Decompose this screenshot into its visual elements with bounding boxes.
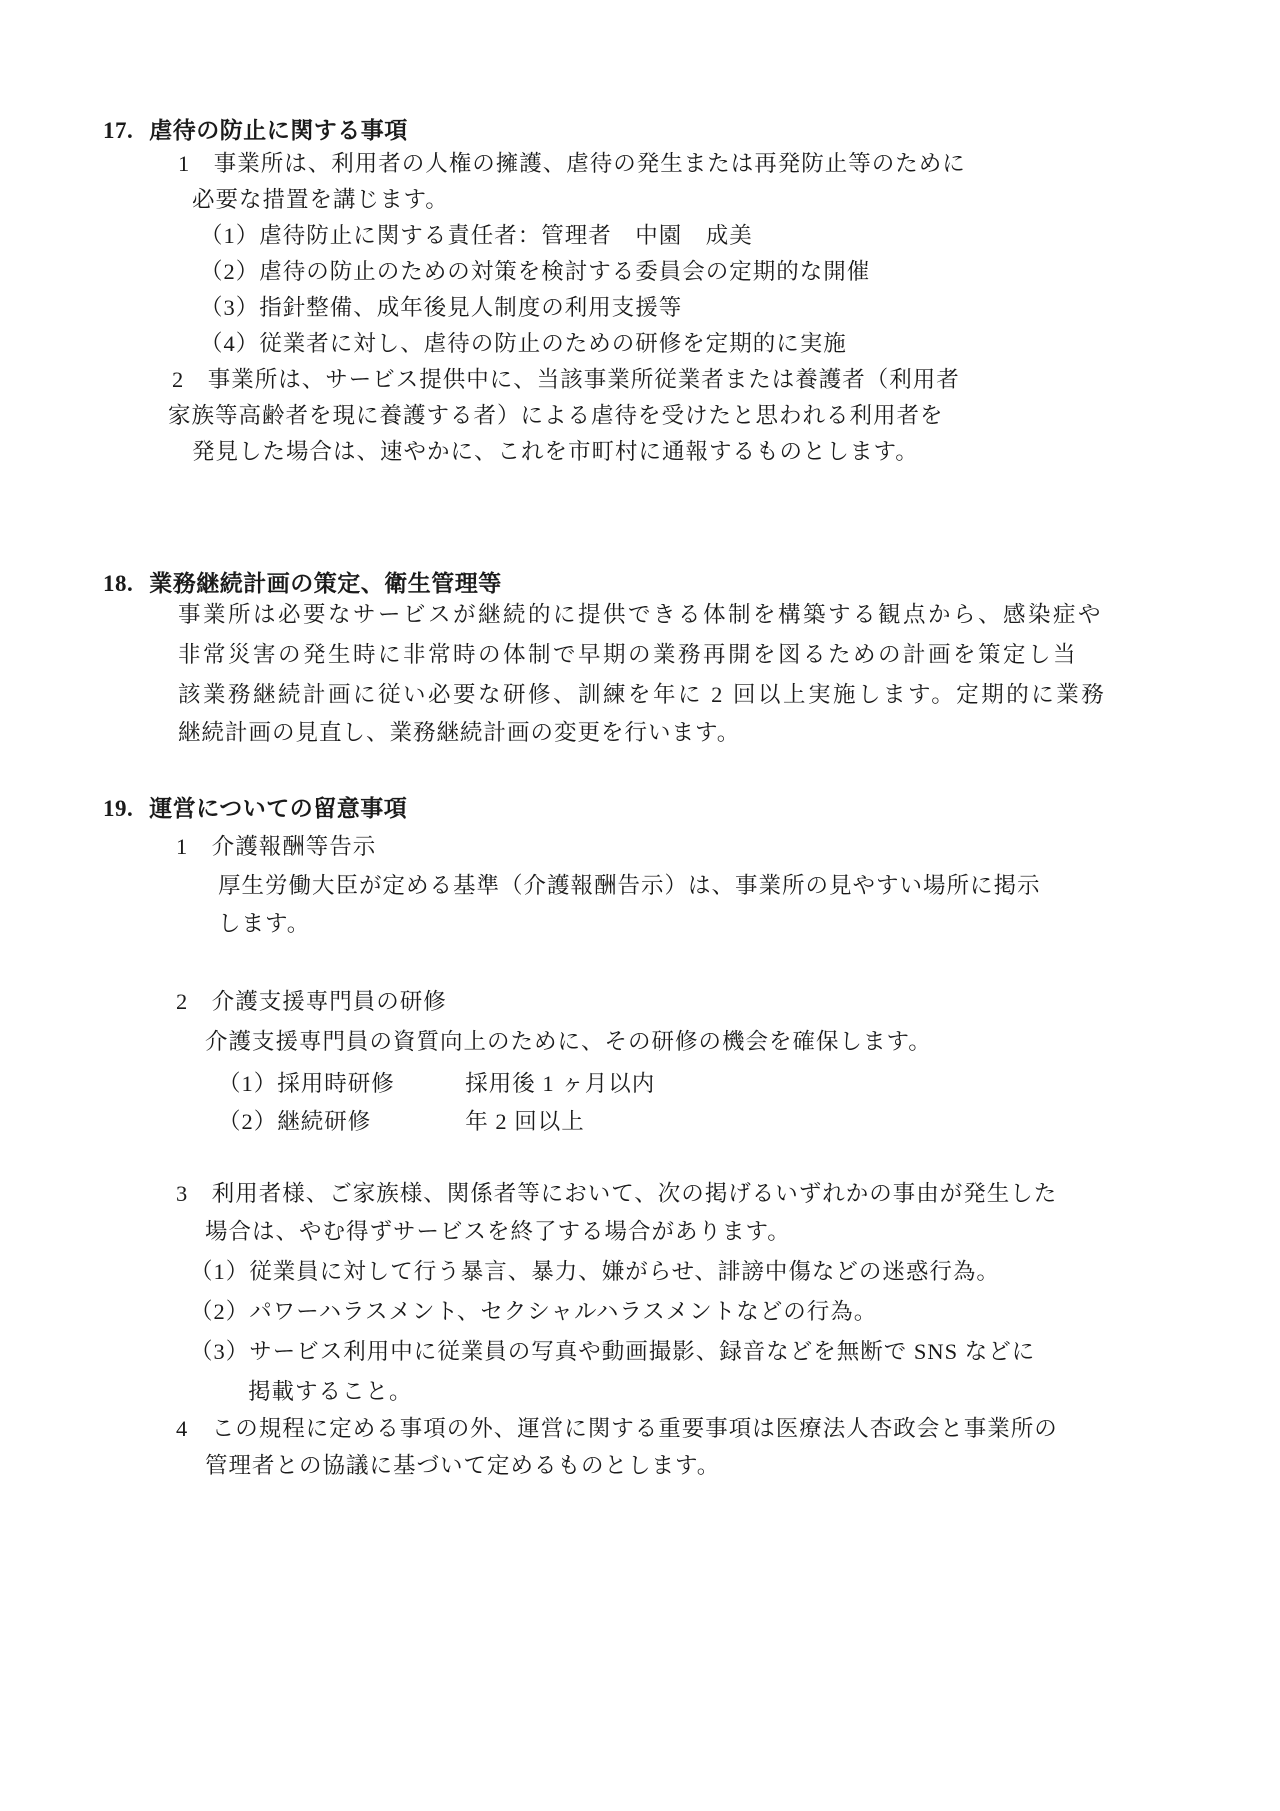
s19-line-15: 管理者との協議に基づいて定めるものとします。 [205,1452,720,1480]
section-19-heading: 19.運営についての留意事項 [103,790,407,823]
s19-line-2: 厚生労働大臣が定める基準（介護報酬告示）は、事業所の見やすい場所に掲示 [218,872,1041,900]
s18-line-4: 継続計画の見直し、業務継続計画の変更を行います。 [178,719,740,747]
s17-line-6: （4）従業者に対し、虐待の防止のための研修を定期的に実施 [200,330,847,358]
document-page: 17.虐待の防止に関する事項 1 事業所は、利用者の人権の擁護、虐待の発生または… [0,0,1280,1811]
section-17-title: 虐待の防止に関する事項 [149,118,408,143]
s17-line-3: （1）虐待防止に関する責任者：管理者 中園 成美 [200,222,753,250]
s19-line-13: 掲載すること。 [248,1378,413,1406]
s19-line-11: （2）パワーハラスメント、セクシャルハラスメントなどの行為。 [190,1298,877,1326]
s18-line-3: 該業務継続計画に従い必要な研修、訓練を年に 2 回以上実施します。定期的に業務 [178,681,1106,709]
section-18-number: 18. [103,571,133,597]
s17-line-7: 2 事業所は、サービス提供中に、当該事業所従業者または養護者（利用者 [172,366,960,394]
s19-line-3: します。 [218,910,310,938]
section-19-title: 運営についての留意事項 [149,796,407,821]
s17-line-1: 1 事業所は、利用者の人権の擁護、虐待の発生または再発防止等のために [178,150,966,178]
section-17-number: 17. [103,118,133,144]
section-17-heading: 17.虐待の防止に関する事項 [103,112,408,145]
s19-line-14: 4 この規程に定める事項の外、運営に関する重要事項は医療法人杏政会と事業所の [176,1415,1058,1443]
s19-line-5: 介護支援専門員の資質向上のために、その研修の機会を確保します。 [205,1028,932,1056]
section-18-heading: 18.業務継続計画の策定、衛生管理等 [103,565,502,598]
s17-line-9: 発見した場合は、速やかに、これを市町村に通報するものとします。 [192,438,919,466]
s17-line-8: 家族等高齢者を現に養護する者）による虐待を受けたと思われる利用者を [168,402,944,430]
s19-line-10: （1）従業員に対して行う暴言、暴力、嫌がらせ、誹謗中傷などの迷惑行為。 [190,1258,1000,1286]
s17-line-5: （3）指針整備、成年後見人制度の利用支援等 [200,294,682,322]
s19-line-8: 3 利用者様、ご家族様、関係者等において、次の掲げるいずれかの事由が発生した [176,1180,1057,1208]
s19-line-6: （1）採用時研修 採用後 1 ヶ月以内 [218,1070,655,1098]
s19-line-1: 1 介護報酬等告示 [176,833,376,861]
section-18-title: 業務継続計画の策定、衛生管理等 [149,571,502,596]
s19-line-9: 場合は、やむ得ずサービスを終了する場合があります。 [205,1218,791,1246]
s17-line-2: 必要な措置を講じます。 [192,186,449,214]
s17-line-4: （2）虐待の防止のための対策を検討する委員会の定期的な開催 [200,258,870,286]
s19-line-12: （3）サービス利用中に従業員の写真や動画撮影、録音などを無断で SNS などに [190,1338,1035,1366]
s19-line-7: （2）継続研修 年 2 回以上 [218,1108,585,1136]
section-19-number: 19. [103,796,133,822]
s18-line-2: 非常災害の発生時に非常時の体制で早期の業務再開を図るための計画を策定し当 [178,641,1078,669]
s19-line-4: 2 介護支援専門員の研修 [176,988,447,1016]
s18-line-1: 事業所は必要なサービスが継続的に提供できる体制を構築する観点から、感染症や [178,601,1103,629]
